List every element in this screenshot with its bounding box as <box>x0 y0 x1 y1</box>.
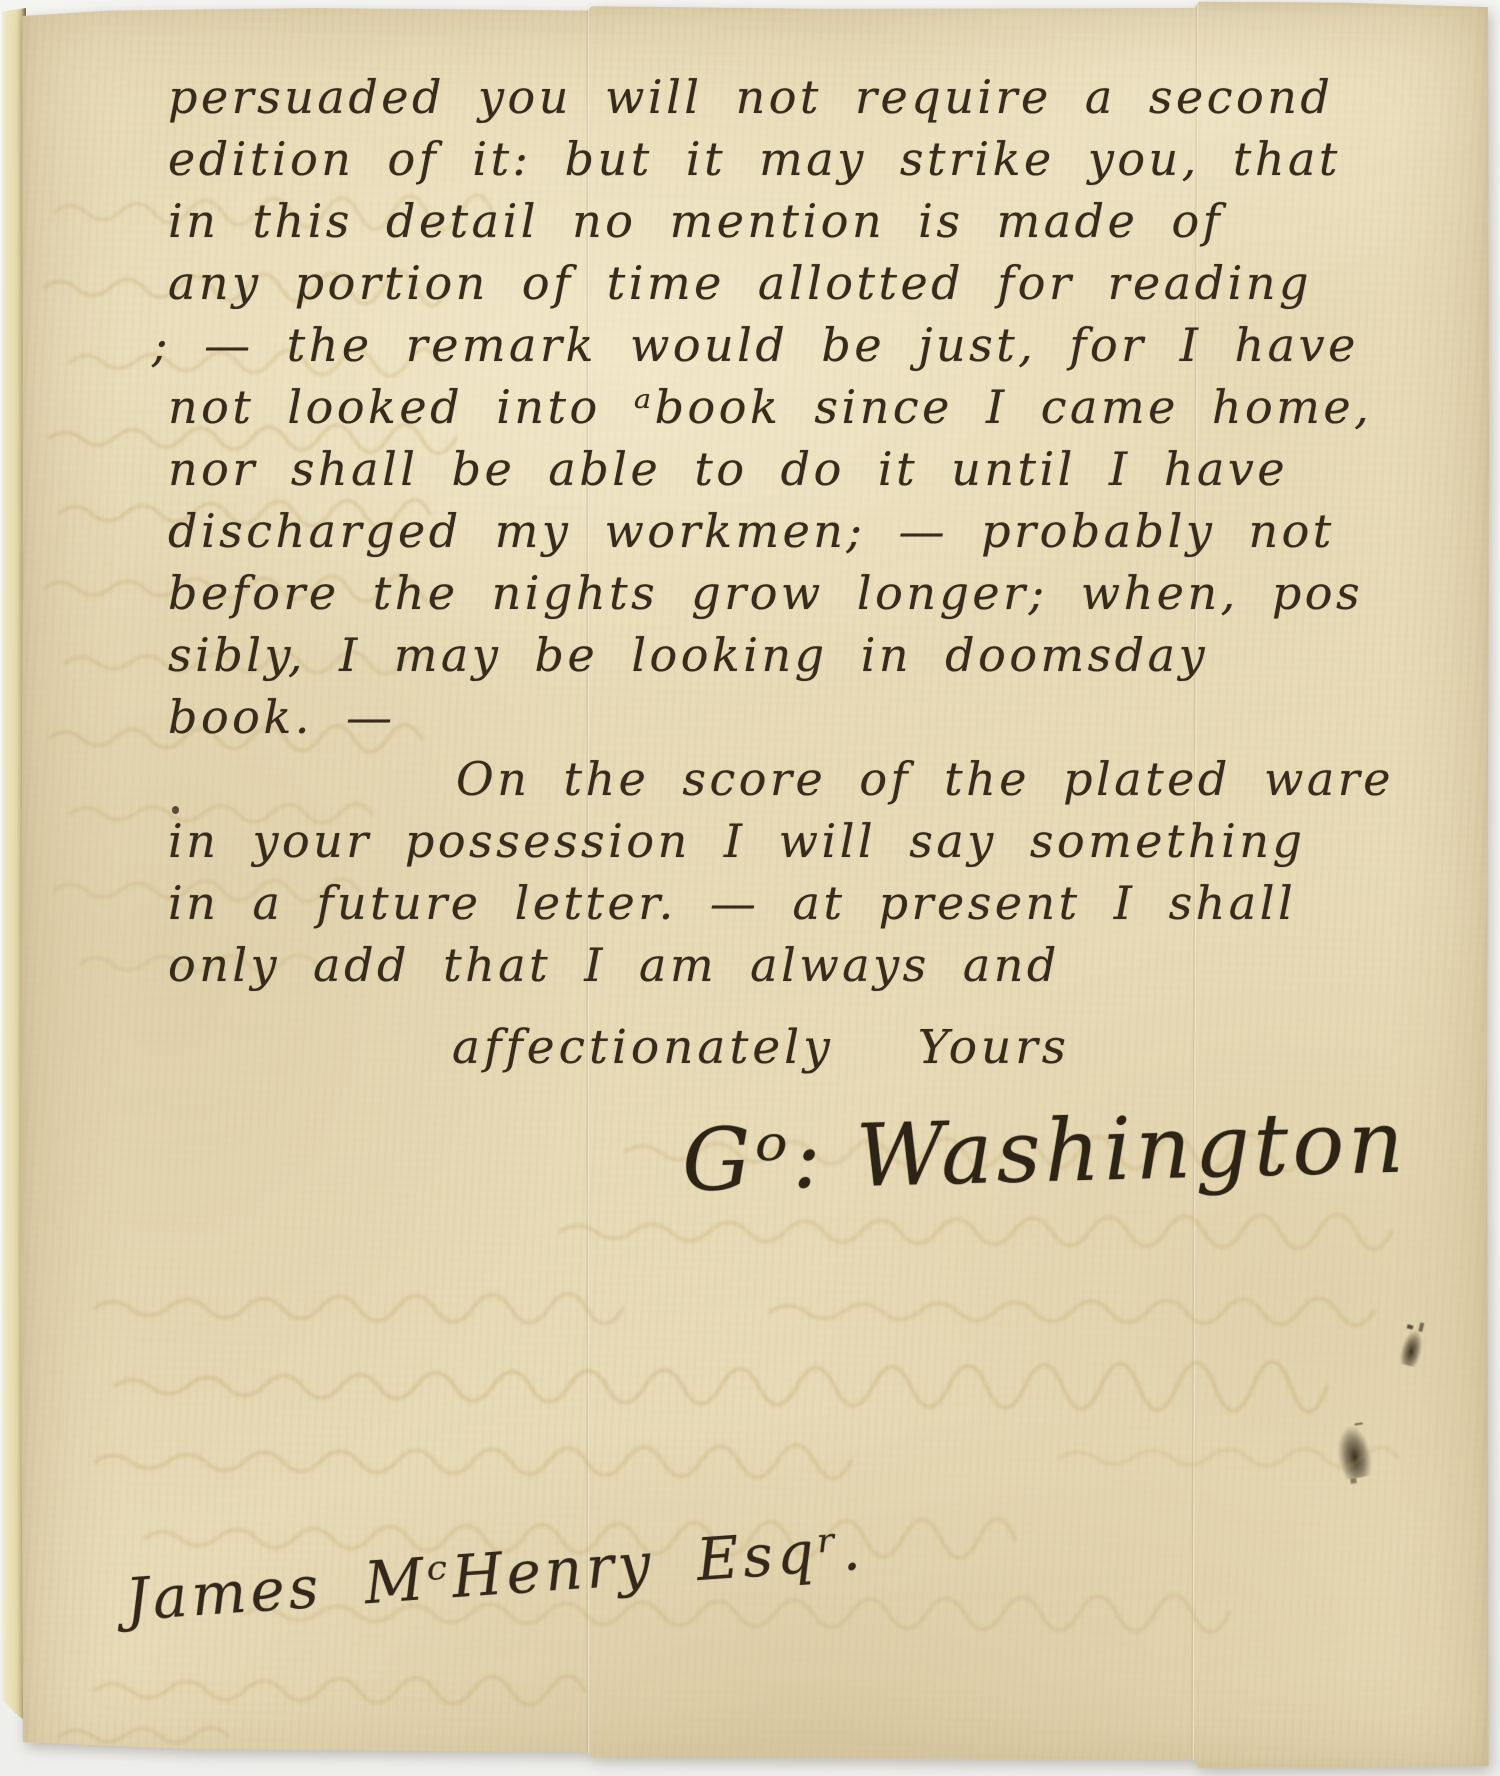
signature-g-washington: Gᵒ: Washington <box>681 1093 1409 1212</box>
handwritten-line: ; — the remark would be just, for I have <box>152 314 1428 376</box>
handwritten-line: sibly, I may be looking in doomsday <box>168 624 1428 686</box>
handwritten-line: discharged my workmen; — probably not <box>168 500 1428 562</box>
letter-body: persuaded you will not require a second … <box>168 66 1428 996</box>
letter-closing: affectionatelyYours <box>452 1020 1070 1075</box>
handwritten-line: in a future letter. — at present I shall <box>168 872 1428 934</box>
closing-word: Yours <box>918 1020 1070 1075</box>
ink-smudge <box>1398 1328 1426 1368</box>
handwritten-line: any portion of time allotted for reading <box>168 252 1428 314</box>
handwritten-line: nor shall be able to do it until I have <box>168 438 1428 500</box>
closing-word: affectionately <box>452 1020 834 1075</box>
handwritten-line: in this detail no mention is made of <box>168 190 1428 252</box>
handwritten-line: edition of it: but it may strike you, th… <box>168 128 1428 190</box>
handwritten-line: before the nights grow longer; when, pos <box>168 562 1428 624</box>
handwritten-line: book. — <box>168 686 1428 748</box>
handwritten-line: in your possession I will say something <box>168 810 1428 872</box>
ink-smudge <box>1334 1424 1374 1480</box>
handwritten-line: On the score of the plated ware <box>456 748 1428 810</box>
handwritten-line: only add that I am always and <box>168 934 1428 996</box>
document-scan: persuaded you will not require a second … <box>0 0 1500 1776</box>
handwritten-line: not looked into ᵃbook since I came home, <box>168 376 1428 438</box>
handwritten-line: persuaded you will not require a second <box>168 66 1428 128</box>
